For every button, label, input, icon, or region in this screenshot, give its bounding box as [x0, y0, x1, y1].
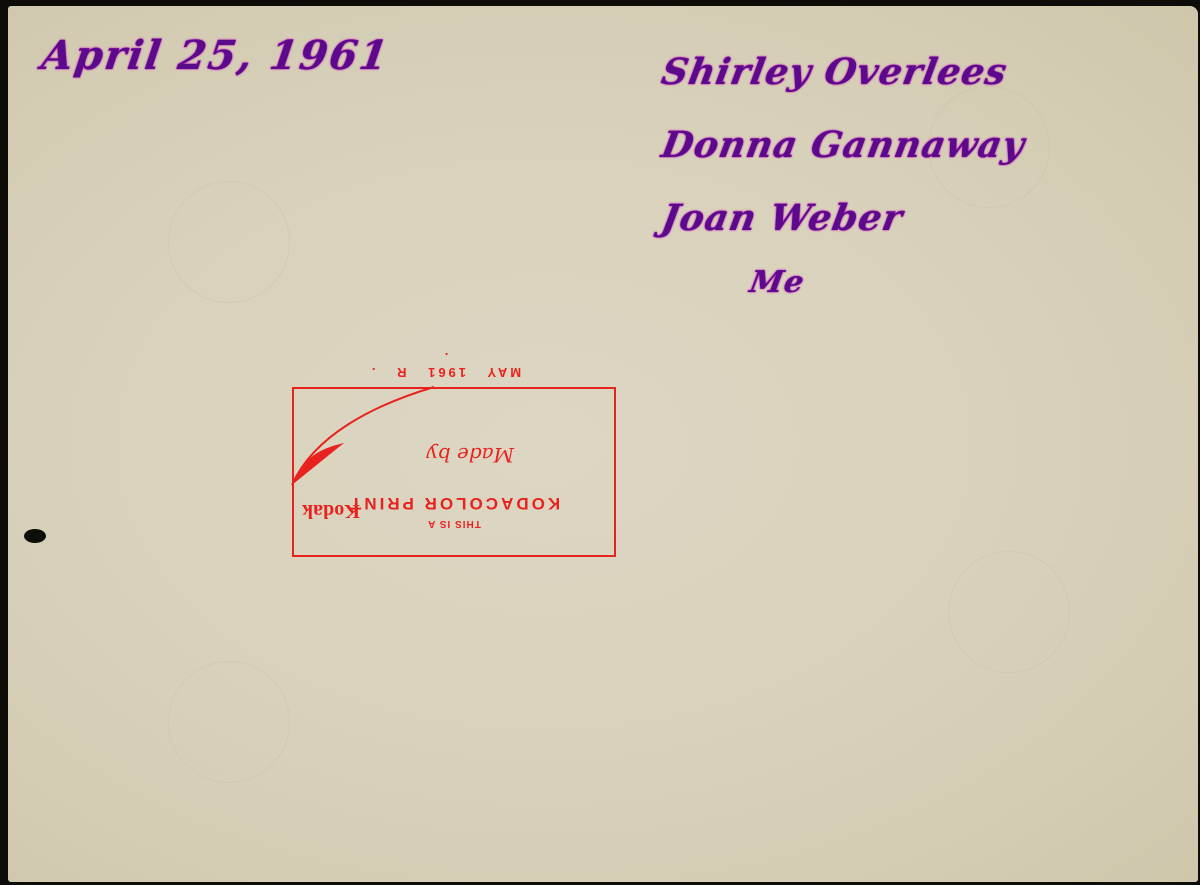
ink-spot	[24, 529, 46, 543]
name-line: Shirley Overlees	[656, 36, 1031, 109]
stamp-date-line: MAY 1961 R . .	[360, 350, 530, 380]
stamp-made-by: Made by	[427, 443, 515, 467]
paper-watermark	[168, 181, 290, 303]
handwritten-names: Shirley Overlees Donna Gannaway Joan Web…	[662, 36, 1024, 311]
handwritten-date: April 25, 1961	[39, 32, 393, 79]
name-line: Joan Weber	[656, 182, 1031, 255]
name-line: Donna Gannaway	[656, 109, 1031, 182]
paper-watermark	[948, 551, 1070, 673]
paper-watermark	[168, 661, 290, 783]
name-line: Me	[657, 255, 1029, 311]
kodacolor-stamp: THIS IS A KODACOLOR PRINT Made by Kodak	[292, 387, 616, 557]
page-curl-icon	[290, 385, 614, 555]
kodak-logo-text: Kodak	[302, 499, 360, 522]
